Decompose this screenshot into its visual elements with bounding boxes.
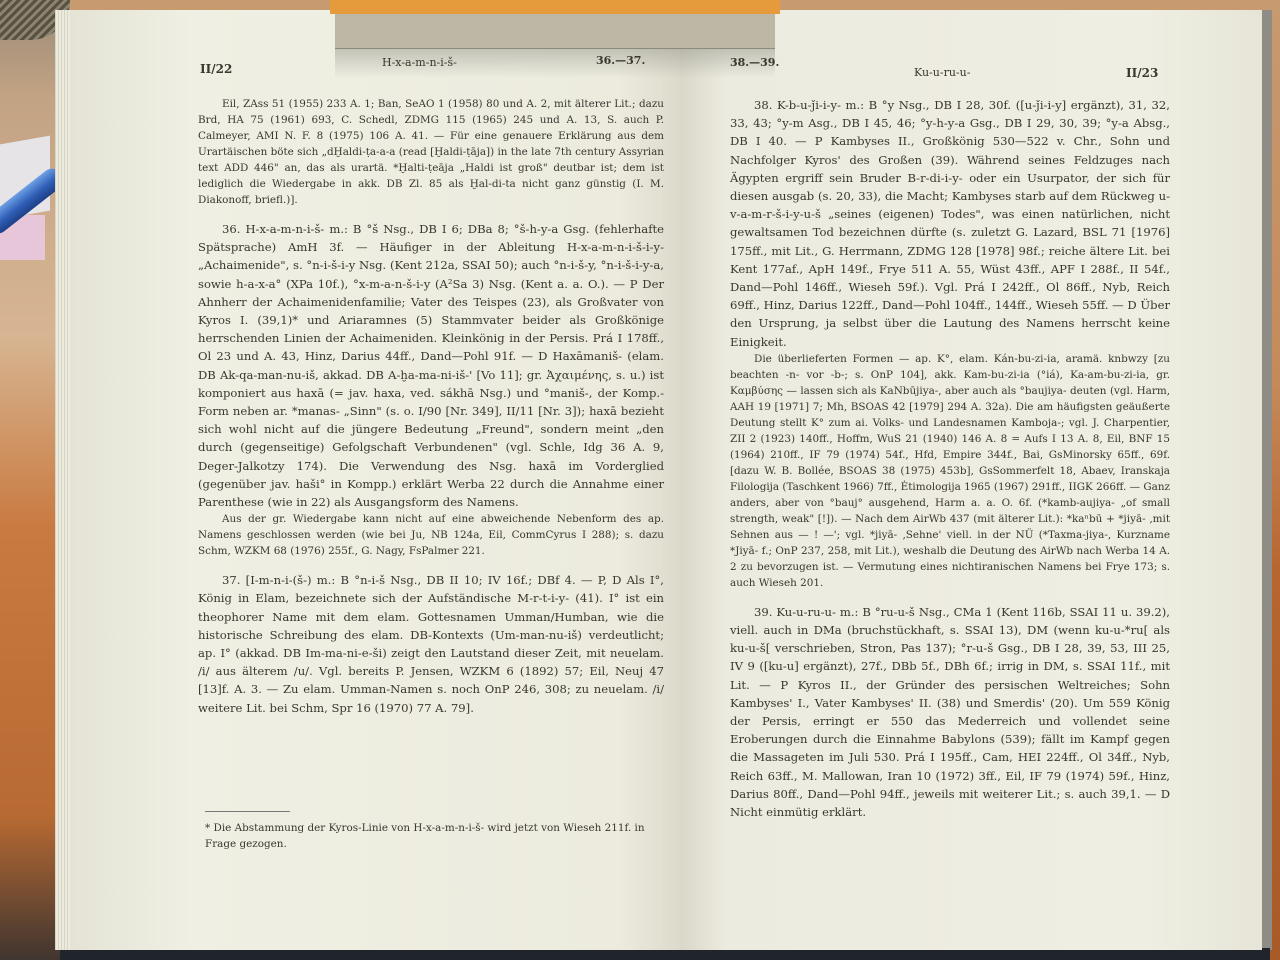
left-page-number: II/22 — [200, 62, 232, 76]
page-edges — [55, 10, 70, 950]
closed-book-edge — [335, 14, 775, 49]
right-page-number: II/23 — [1126, 66, 1158, 80]
entry-38-note: Die überlieferten Formen — ap. K°, elam.… — [730, 351, 1170, 591]
book-cover-right — [1262, 10, 1272, 950]
left-entry-range: 36.—37. — [596, 54, 645, 67]
footnote: * Die Abstammung der Kyros-Linie von H-x… — [205, 820, 665, 852]
right-entry-range: 38.—39. — [730, 56, 779, 69]
entry-38: 38. K-b-u-ǰi-i-y- m.: B °y Nsg., DB I 28… — [730, 96, 1170, 351]
entry-37: 37. [I-m-n-i-(š-) m.: B °n-i-š Nsg., DB … — [198, 571, 664, 717]
right-running-head: Ku-u-ru-u- — [914, 66, 970, 79]
entry-36: 36. H-x-a-m-n-i-š- m.: B °š Nsg., DB I 6… — [198, 220, 664, 511]
paragraph-continuation: Eil, ZAss 51 (1955) 233 A. 1; Ban, SeAO … — [198, 96, 664, 208]
entry-36-note: Aus der gr. Wiedergabe kann nicht auf ei… — [198, 511, 664, 559]
right-page-body: 38. K-b-u-ǰi-i-y- m.: B °y Nsg., DB I 28… — [730, 96, 1170, 821]
closed-book-cover — [330, 0, 780, 14]
left-page-body: Eil, ZAss 51 (1955) 233 A. 1; Ban, SeAO … — [198, 96, 664, 717]
footnote-rule — [205, 811, 290, 812]
entry-39: 39. Ku-u-ru-u- m.: B °ru-u-š Nsg., CMa 1… — [730, 603, 1170, 821]
left-running-head: H-x-a-m-n-i-š- — [382, 56, 457, 69]
